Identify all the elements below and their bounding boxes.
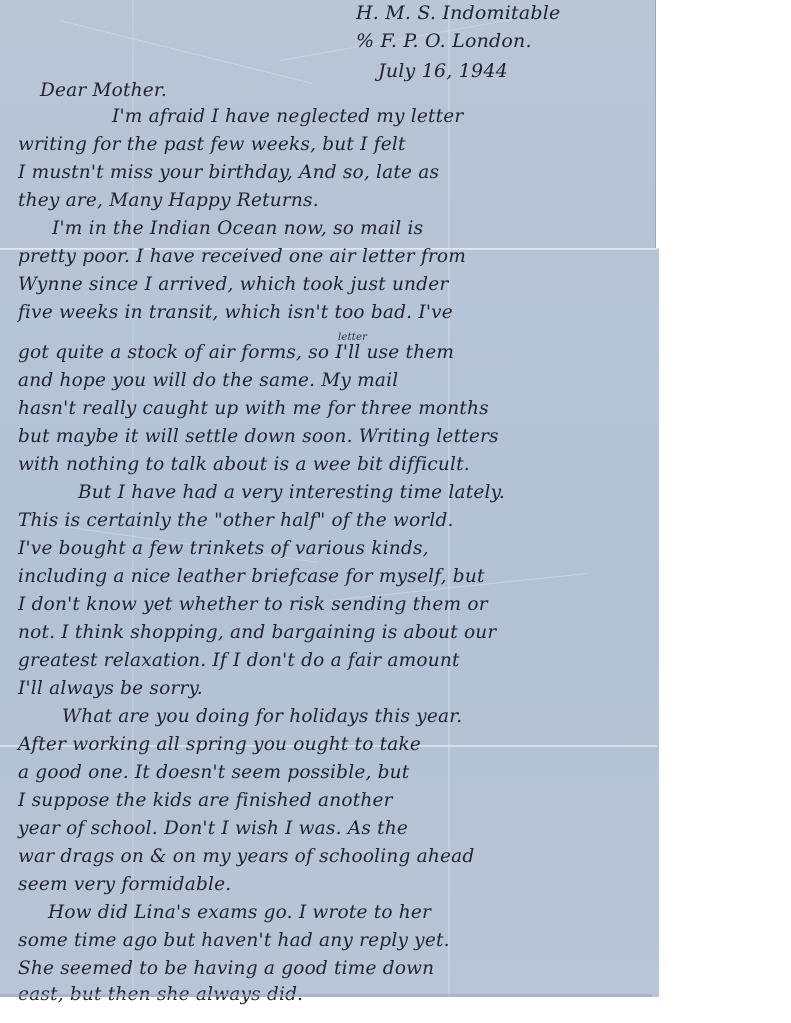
letter-line: writing for the past few weeks, but I fe… [18, 134, 406, 155]
header-ship: H. M. S. Indomitable [356, 2, 560, 24]
letter-line: How did Lina's exams go. I wrote to her [48, 902, 431, 923]
salutation: Dear Mother. [40, 80, 167, 101]
letter-line: I'm in the Indian Ocean now, so mail is [52, 218, 423, 239]
letter-line: But I have had a very interesting time l… [78, 482, 505, 503]
letter-line: seem very formidable. [18, 874, 231, 895]
letter-line: I'm afraid I have neglected my letter [112, 106, 463, 127]
letter-line: I'll always be sorry. [18, 678, 203, 699]
letter-line: greatest relaxation. If I don't do a fai… [18, 650, 460, 671]
header-date: July 16, 1944 [378, 60, 508, 82]
letter-line: but maybe it will settle down soon. Writ… [18, 426, 499, 447]
letter-line: After working all spring you ought to ta… [18, 734, 421, 755]
letter-line: five weeks in transit, which isn't too b… [18, 302, 453, 323]
letter-line: hasn't really caught up with me for thre… [18, 398, 489, 419]
letter-line: I mustn't miss your birthday, And so, la… [18, 162, 439, 183]
letter-line: I don't know yet whether to risk sending… [18, 594, 488, 615]
letter-line: not. I think shopping, and bargaining is… [18, 622, 496, 643]
letter-line: What are you doing for holidays this yea… [62, 706, 462, 727]
letter-line: war drags on & on my years of schooling … [18, 846, 474, 867]
letter-line: a good one. It doesn't seem possible, bu… [18, 762, 409, 783]
paper-bottom-edge [0, 994, 652, 997]
letter-line: This is certainly the "other half" of th… [18, 510, 454, 531]
letter-line: year of school. Don't I wish I was. As t… [18, 818, 408, 839]
letter-line: including a nice leather briefcase for m… [18, 566, 485, 587]
letter-line: they are, Many Happy Returns. [18, 190, 319, 211]
header-address: % F. P. O. London. [356, 30, 532, 52]
letter-line: got quite a stock of air forms, so I'll … [18, 342, 454, 363]
letter-line: with nothing to talk about is a wee bit … [18, 454, 470, 475]
letter-line: She seemed to be having a good time down [18, 958, 434, 979]
letter-line: I suppose the kids are finished another [18, 790, 393, 811]
letter-line: pretty poor. I have received one air let… [18, 246, 466, 267]
letter-line: Wynne since I arrived, which took just u… [18, 274, 448, 295]
letter-line: I've bought a few trinkets of various ki… [18, 538, 429, 559]
letter-line: some time ago but haven't had any reply … [18, 930, 450, 951]
letter-line: and hope you will do the same. My mail [18, 370, 398, 391]
